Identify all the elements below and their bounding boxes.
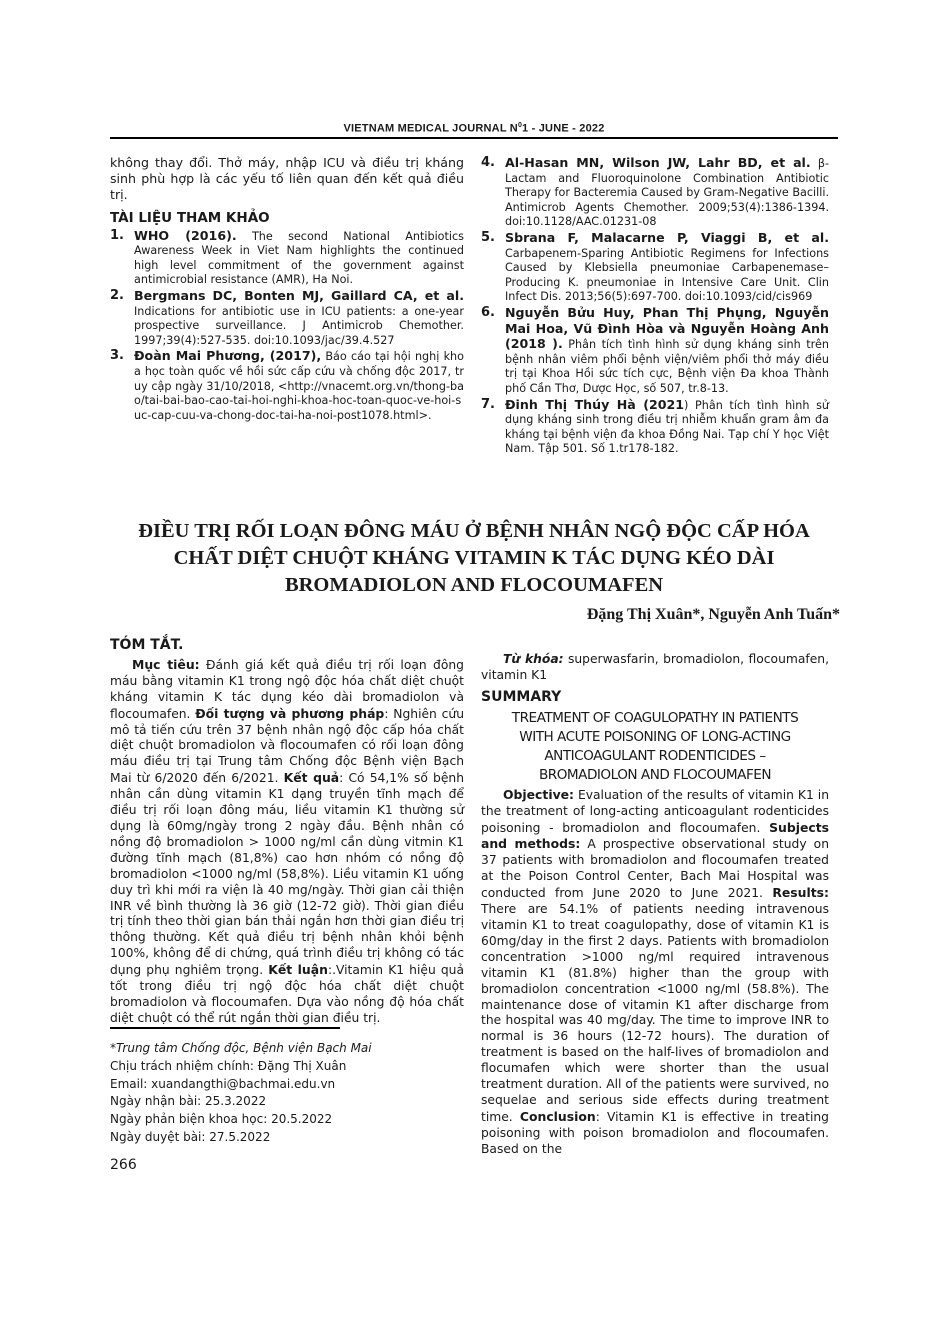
- prev-article-left-column: không thay đổi. Thở máy, nhập ICU và điề…: [110, 155, 464, 424]
- reference-text: Indications for antibiotic use in ICU pa…: [134, 305, 464, 347]
- footnote-reviewed: Ngày phản biện khoa học: 20.5.2022: [110, 1111, 372, 1129]
- reference-authors: Đinh Thị Thúy Hà (2021: [505, 397, 684, 412]
- reference-item: 5.Sbrana F, Malacarne P, Viaggi B, et al…: [481, 231, 829, 305]
- footnote-email: Email: xuandangthi@bachmai.edu.vn: [110, 1076, 372, 1094]
- reference-list-right: 4.Al-Hasan MN, Wilson JW, Lahr BD, et al…: [481, 156, 829, 457]
- article-title: ĐIỀU TRỊ RỐI LOẠN ĐÔNG MÁU Ở BỆNH NHÂN N…: [110, 518, 838, 599]
- reference-list-left: 1.WHO (2016). The second National Antibi…: [110, 229, 464, 424]
- reference-item: 2.Bergmans DC, Bonten MJ, Gaillard CA, e…: [110, 289, 464, 348]
- reference-authors: Sbrana F, Malacarne P, Viaggi B, et al.: [505, 230, 829, 245]
- reference-authors: Đoàn Mai Phương, (2017),: [134, 348, 321, 363]
- abstract-vietnamese: TÓM TẮT. Mục tiêu: Đánh giá kết quả điều…: [110, 638, 464, 1027]
- footnote-affiliation: *Trung tâm Chống độc, Bệnh viện Bạch Mai: [110, 1040, 372, 1058]
- abstract-body: Mục tiêu: Đánh giá kết quả điều trị rối …: [110, 657, 464, 1027]
- references-heading: TÀI LIỆU THAM KHẢO: [110, 211, 464, 226]
- page-number: 266: [110, 1157, 137, 1173]
- abstract-english-column: Từ khóa: superwasfarin, bromadiolon, flo…: [481, 652, 829, 1158]
- summary-title: TREATMENT OF COAGULOPATHY IN PATIENTS WI…: [481, 709, 829, 785]
- reference-item: 3.Đoàn Mai Phương, (2017), Báo cáo tại h…: [110, 349, 464, 423]
- reference-authors: Al-Hasan MN, Wilson JW, Lahr BD, et al.: [505, 155, 811, 170]
- header-rule: [110, 137, 838, 139]
- reference-item: 6.Nguyễn Bửu Huy, Phan Thị Phụng, Nguyễn…: [481, 306, 829, 397]
- reference-text: Carbapenem-Sparing Antibiotic Regimens f…: [505, 247, 829, 304]
- article-authors: Đặng Thị Xuân*, Nguyễn Anh Tuấn*: [587, 606, 840, 624]
- issue-info: 1 - JUNE - 2022: [522, 123, 604, 135]
- journal-name: VIETNAM MEDICAL JOURNAL N: [343, 123, 518, 135]
- running-header: VIETNAM MEDICAL JOURNAL N01 - JUNE - 202…: [110, 122, 838, 135]
- footnote-received: Ngày nhận bài: 25.3.2022: [110, 1093, 372, 1111]
- footnote-responsible: Chịu trách nhiệm chính: Đặng Thị Xuân: [110, 1058, 372, 1076]
- summary-body: Objective: Evaluation of the results of …: [481, 787, 829, 1158]
- footnote-accepted: Ngày duyệt bài: 27.5.2022: [110, 1129, 372, 1147]
- prev-article-right-column: 4.Al-Hasan MN, Wilson JW, Lahr BD, et al…: [481, 156, 829, 458]
- reference-item: 7.Đinh Thị Thúy Hà (2021) Phân tích tình…: [481, 398, 829, 457]
- summary-heading: SUMMARY: [481, 690, 829, 706]
- footnote: *Trung tâm Chống độc, Bệnh viện Bạch Mai…: [110, 1040, 372, 1147]
- reference-item: 1.WHO (2016). The second National Antibi…: [110, 229, 464, 288]
- abstract-heading: TÓM TẮT.: [110, 638, 464, 654]
- keywords: Từ khóa: superwasfarin, bromadiolon, flo…: [481, 652, 829, 684]
- reference-authors: Bergmans DC, Bonten MJ, Gaillard CA, et …: [134, 288, 464, 303]
- reference-authors: WHO (2016).: [134, 228, 237, 243]
- prev-article-closing: không thay đổi. Thở máy, nhập ICU và điề…: [110, 155, 464, 203]
- reference-item: 4.Al-Hasan MN, Wilson JW, Lahr BD, et al…: [481, 156, 829, 230]
- footnote-rule: [110, 1027, 340, 1029]
